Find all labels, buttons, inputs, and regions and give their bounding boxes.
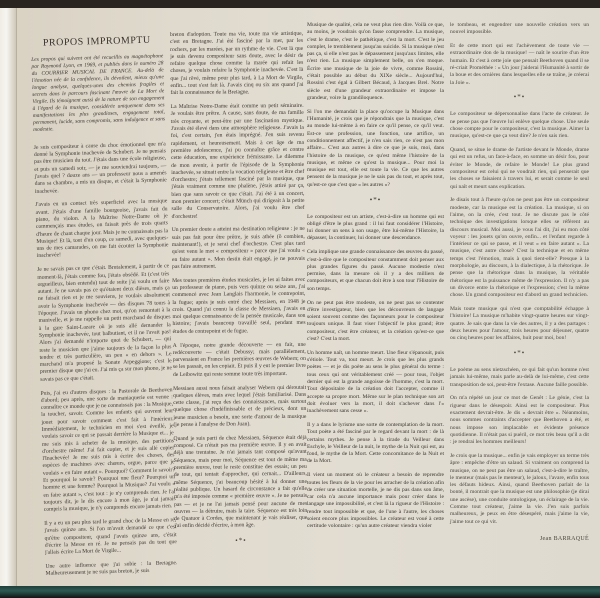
- section-separator: •*•: [174, 536, 307, 545]
- column-3: Musique de qualité, cela ne veut plus ri…: [307, 22, 444, 537]
- paragraph: Le poème au sens nietzschéen, ce qui fai…: [450, 367, 589, 389]
- record-sleeve-page: PROPOS IMPROMPTU Les propos qui suivent …: [0, 8, 600, 586]
- paragraph: Il y a dans le lyrisme une sorte de cont…: [307, 422, 444, 466]
- paragraph: Il y a eu un peu plus tard le grand choc…: [44, 517, 177, 557]
- column-2: breton d'adoption. Toute ma vie, toute m…: [170, 31, 308, 555]
- intro-paragraph: Les propos qui suivent ont été recueilli…: [31, 54, 165, 135]
- paragraph: Je disais tout à l'heure qu'on ne peut p…: [450, 197, 589, 299]
- page-title: PROPOS IMPROMPTU: [31, 36, 163, 47]
- paragraph: Il vient un moment où le créateur a beso…: [307, 472, 444, 530]
- column-1: PROPOS IMPROMPTU Les propos qui suivent …: [30, 10, 178, 585]
- paragraph: Puis, j'ai eu d'autres disques : la Past…: [41, 387, 176, 515]
- section-separator: •*•: [450, 93, 589, 101]
- paragraph: A l'époque, notre grande découverte — en…: [173, 341, 306, 379]
- column-4: le tombeau, et engendrer une nouvelle cr…: [450, 22, 589, 543]
- paragraph: Cela implique une grande connaissance de…: [307, 249, 444, 293]
- paragraph: La Maîtrise Notre-Dame était comme un pe…: [171, 103, 305, 221]
- paragraph: On ne peut pas être modeste, on ne peut …: [307, 300, 444, 344]
- paragraph: Messiaen aussi nous faisait analyser Web…: [173, 384, 306, 429]
- paragraph: Musique de qualité, cela ne veut plus ri…: [307, 22, 444, 102]
- paragraph: Je ne savais pas ce que c'était. Brutale…: [37, 263, 172, 383]
- section-separator: •*•: [307, 196, 444, 204]
- paragraph: breton d'adoption. Toute ma vie, toute m…: [170, 31, 304, 98]
- paragraph: Si l'on me demandait la place qu'occupe …: [307, 109, 444, 189]
- paragraph: Le compositeur se dépersonnalise dans l'…: [450, 111, 589, 140]
- paragraph: Un homme naît, un homme meurt. Une fleur…: [307, 350, 444, 416]
- paragraph: Et de cette mort qui est l'achèvement de…: [450, 43, 589, 87]
- paragraph: Mes toutes premières études musicales, j…: [172, 277, 306, 337]
- paragraph: Quand, se situe le drame de l'artiste de…: [450, 147, 589, 191]
- paragraph: J'avais eu un contact très superficiel a…: [35, 199, 169, 261]
- paragraph: On m'a répété un jour ce mot de Genêt : …: [450, 395, 589, 446]
- author-signature: Jean BARRAQUÉ: [450, 536, 589, 543]
- section-separator: •*•: [450, 349, 589, 357]
- paragraph: Une autre influence que j'ai subie : la …: [45, 560, 177, 578]
- paragraph: Mais toute musique qui n'est que comptab…: [450, 306, 589, 342]
- paragraph: Un premier doute a atteint ma destinatio…: [172, 226, 305, 271]
- paragraph: Je crois que la musique... enfin je vais…: [450, 453, 589, 526]
- sleeve-bottom-edge: [0, 586, 600, 598]
- sleeve-spine: [0, 8, 17, 586]
- paragraph: Je suis compositeur à cause du choc émot…: [34, 141, 167, 196]
- paragraph: le tombeau, et engendrer une nouvelle cr…: [450, 22, 589, 37]
- paragraph: Le compositeur est un artiste, c'est-à-d…: [307, 214, 444, 243]
- paragraph: Quand je suis parti de chez Messiaen, Sé…: [174, 435, 308, 531]
